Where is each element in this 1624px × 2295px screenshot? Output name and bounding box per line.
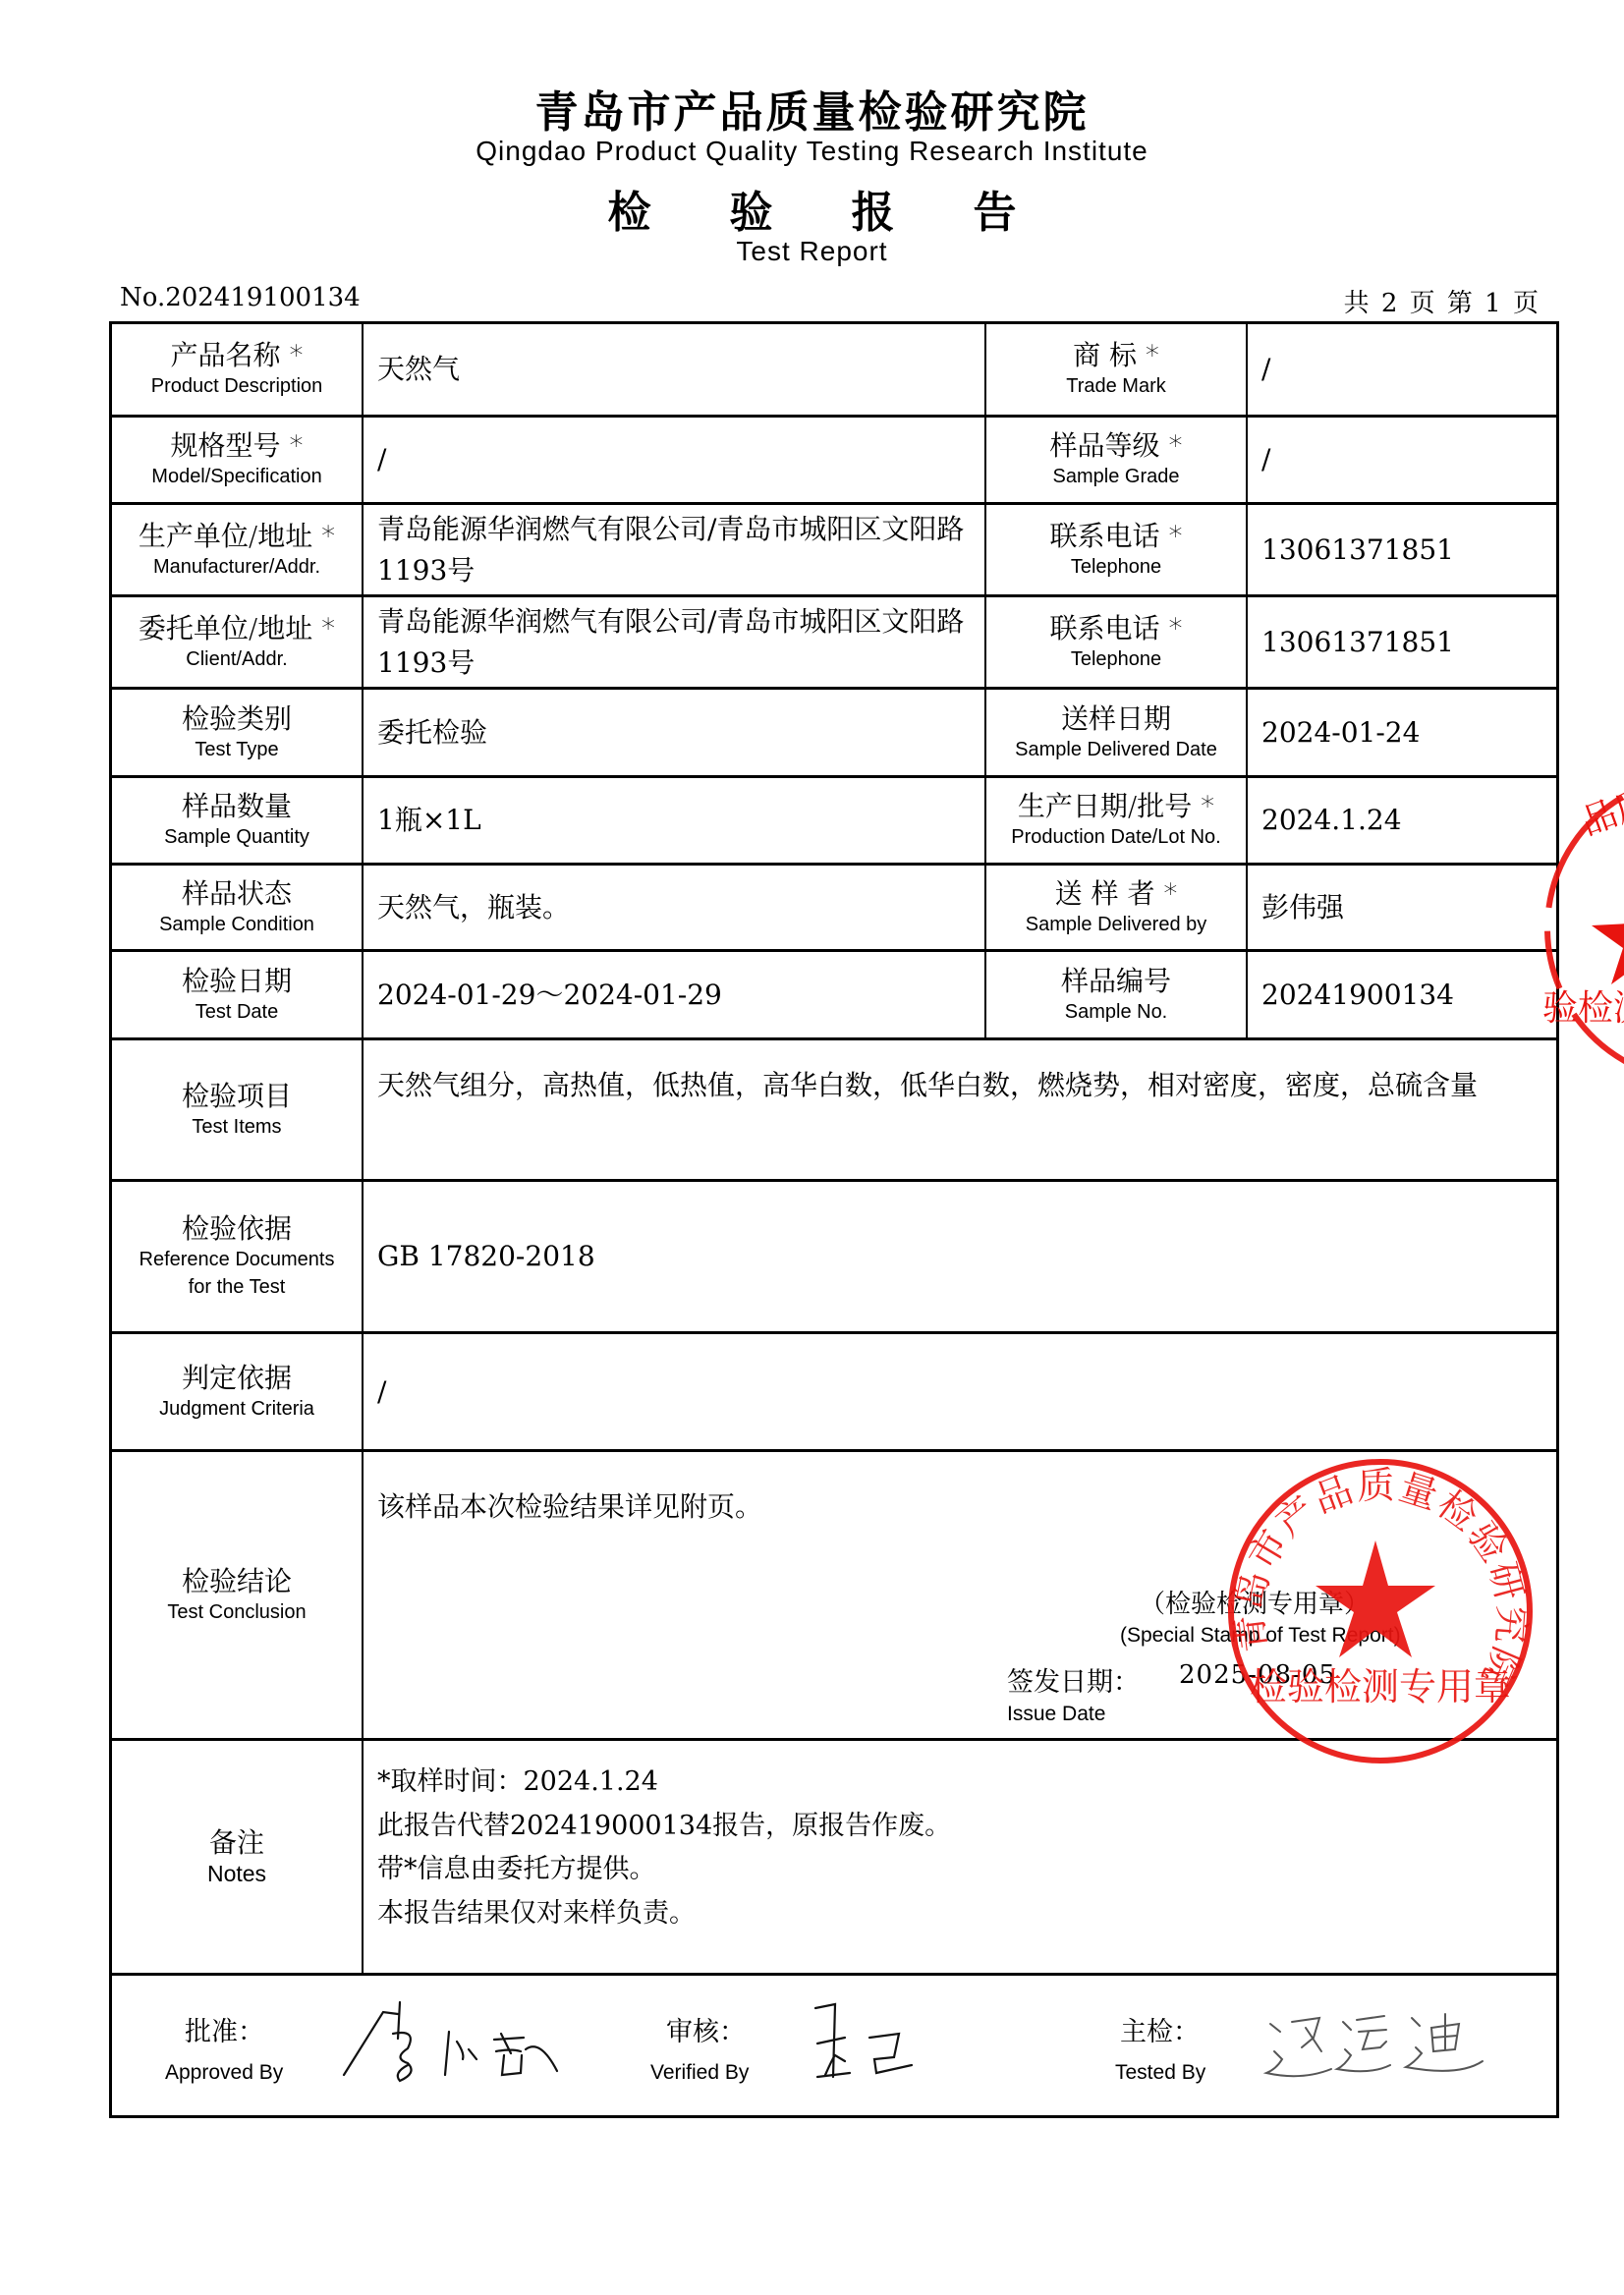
label-notes: 备注 Notes xyxy=(112,1741,362,1973)
label-production-date: 生产日期/批号 * Production Date/Lot No. xyxy=(986,778,1246,863)
label-en: Sample Quantity xyxy=(164,823,309,851)
value-client-tel: 13061371851 xyxy=(1248,597,1556,687)
stamp-note-en: (Special Stamp of Test Report) xyxy=(1120,1624,1401,1648)
label-en: Model/Specification xyxy=(151,463,321,490)
label-en: Reference Documents xyxy=(140,1246,335,1273)
label-judgment: 判定依据 Judgment Criteria xyxy=(112,1334,362,1449)
institute-name-en: Qingdao Product Quality Testing Research… xyxy=(0,136,1624,167)
label-conclusion: 检验结论 Test Conclusion xyxy=(112,1452,362,1738)
label-en: Product Description xyxy=(151,372,323,400)
label-product: 产品名称 * Product Description xyxy=(112,324,362,415)
star-icon xyxy=(1592,884,1624,984)
label-en: Telephone xyxy=(1071,645,1161,673)
value-delivered-by: 彭伟强 xyxy=(1248,866,1556,949)
label-en: Test Date xyxy=(196,998,278,1026)
label-cn: 样品数量 xyxy=(182,790,292,823)
label-en: Client/Addr. xyxy=(186,645,287,673)
notes-list: *取样时间：2024.1.24 此报告代替202419000134报告，原报告作… xyxy=(377,1761,951,1935)
label-en: Sample Delivered Date xyxy=(1015,736,1217,763)
label-cn: 判定依据 xyxy=(182,1362,292,1395)
label-sample-no: 样品编号 Sample No. xyxy=(986,952,1246,1037)
label-en: Sample Delivered by xyxy=(1026,911,1207,938)
issue-date-value: 2025-08-05 xyxy=(1179,1660,1336,1690)
report-title-char: 报 xyxy=(852,177,895,240)
label-en: Production Date/Lot No. xyxy=(1011,823,1220,851)
label-en: Sample No. xyxy=(1065,998,1168,1026)
issue-date-label-en: Issue Date xyxy=(1007,1703,1105,1726)
label-test-items: 检验项目 Test Items xyxy=(112,1040,362,1179)
label-cn: 检验依据 xyxy=(182,1212,292,1246)
verified-signature xyxy=(806,1996,933,2085)
label-cn: 检验结论 xyxy=(182,1565,292,1598)
label-cn: 样品编号 xyxy=(1061,965,1171,998)
value-reference: GB 17820-2018 xyxy=(364,1182,1556,1331)
label-cn: 联系电话 * xyxy=(1050,612,1183,645)
value-delivered-date: 2024-01-24 xyxy=(1248,690,1556,775)
label-cn: 备注 xyxy=(209,1826,264,1860)
value-test-type: 委托检验 xyxy=(364,690,984,775)
value-trade-mark: / xyxy=(1248,324,1556,415)
label-cn: 联系电话 * xyxy=(1050,520,1183,553)
value-conclusion: 该样品本次检验结果详见附页。 xyxy=(377,1485,762,1525)
report-title-en: Test Report xyxy=(0,236,1624,267)
label-cn: 生产单位/地址 * xyxy=(139,520,335,553)
institute-name-cn: 青岛市产品质量检验研究院 xyxy=(0,77,1624,140)
value-condition: 天然气，瓶装。 xyxy=(364,866,984,949)
report-title-char: 验 xyxy=(730,177,773,240)
label-client: 委托单位/地址 * Client/Addr. xyxy=(112,597,362,687)
label-cn: 送 样 者 * xyxy=(1055,877,1178,911)
label-cn: 送样日期 xyxy=(1061,702,1171,736)
verified-label-en: Verified By xyxy=(650,2061,749,2085)
svg-text:品质: 品质 xyxy=(1576,781,1624,843)
label-en: Manufacturer/Addr. xyxy=(153,553,320,581)
label-en: Judgment Criteria xyxy=(159,1395,314,1423)
value-product: 天然气 xyxy=(364,324,984,415)
label-en: Sample Grade xyxy=(1053,463,1180,490)
label-en: Notes xyxy=(207,1860,266,1887)
label-cn: 检验日期 xyxy=(182,965,292,998)
report-title-char: 检 xyxy=(608,177,651,240)
label-condition: 样品状态 Sample Condition xyxy=(112,866,362,949)
value-manufacturer: 青岛能源华润燃气有限公司/青岛市城阳区文阳路1193号 xyxy=(364,505,984,594)
value-quantity: 1瓶×1L xyxy=(364,778,984,863)
value-test-items: 天然气组分，高热值，低热值，高华白数，低华白数，燃烧势，相对密度，密度，总硫含量 xyxy=(364,1040,1556,1179)
label-en: Telephone xyxy=(1071,553,1161,581)
label-cn: 样品等级 * xyxy=(1050,429,1183,463)
label-reference: 检验依据 Reference Documents for the Test xyxy=(112,1182,362,1331)
approved-label-cn: 批准： xyxy=(185,2010,264,2048)
label-sample-grade: 样品等级 * Sample Grade xyxy=(986,418,1246,502)
label-en: for the Test xyxy=(189,1273,286,1301)
tested-label-en: Tested By xyxy=(1115,2061,1205,2085)
label-en: Sample Condition xyxy=(159,911,314,938)
report-number: No.202419100134 xyxy=(120,283,361,312)
label-cn: 样品状态 xyxy=(182,877,292,911)
label-manufacturer-tel: 联系电话 * Telephone xyxy=(986,505,1246,594)
label-cn: 检验类别 xyxy=(182,702,292,736)
verified-label-cn: 审核： xyxy=(666,2010,746,2048)
value-client: 青岛能源华润燃气有限公司/青岛市城阳区文阳路1193号 xyxy=(364,597,984,687)
note-line: 此报告代替202419000134报告，原报告作废。 xyxy=(377,1805,951,1849)
value-judgment: / xyxy=(364,1334,1556,1449)
label-en: Test Items xyxy=(192,1113,281,1141)
note-line: 带*信息由委托方提供。 xyxy=(377,1848,951,1892)
approved-signature xyxy=(339,1994,585,2088)
label-cn: 检验项目 xyxy=(182,1080,292,1113)
value-manufacturer-tel: 13061371851 xyxy=(1248,505,1556,594)
label-test-type: 检验类别 Test Type xyxy=(112,690,362,775)
label-en: Trade Mark xyxy=(1066,372,1166,400)
label-cn: 规格型号 * xyxy=(171,429,304,463)
label-model: 规格型号 * Model/Specification xyxy=(112,418,362,502)
label-delivered-by: 送 样 者 * Sample Delivered by xyxy=(986,866,1246,949)
value-sample-no: 20241900134 xyxy=(1248,952,1556,1037)
row-divider xyxy=(109,1973,1559,1976)
label-cn: 生产日期/批号 * xyxy=(1018,790,1214,823)
value-sample-grade: / xyxy=(1248,418,1556,502)
label-en: Test Type xyxy=(195,736,278,763)
report-title-char: 告 xyxy=(974,177,1017,240)
label-manufacturer: 生产单位/地址 * Manufacturer/Addr. xyxy=(112,505,362,594)
note-line: *取样时间：2024.1.24 xyxy=(377,1761,951,1805)
page-info: 共 2 页 第 1 页 xyxy=(1344,283,1540,319)
value-production-date: 2024.1.24 xyxy=(1248,778,1556,863)
value-test-date: 2024-01-29～2024-01-29 xyxy=(364,952,984,1037)
report-title-cn: 检验报告 xyxy=(0,177,1624,240)
tested-label-cn: 主检： xyxy=(1120,2010,1200,2048)
label-delivered-date: 送样日期 Sample Delivered Date xyxy=(986,690,1246,775)
approved-label-en: Approved By xyxy=(165,2061,283,2085)
tested-signature xyxy=(1262,2004,1508,2083)
label-trade-mark: 商 标 * Trade Mark xyxy=(986,324,1246,415)
label-quantity: 样品数量 Sample Quantity xyxy=(112,778,362,863)
label-test-date: 检验日期 Test Date xyxy=(112,952,362,1037)
label-cn: 委托单位/地址 * xyxy=(139,612,335,645)
value-model: / xyxy=(364,418,984,502)
note-line: 本报告结果仅对来样负责。 xyxy=(377,1892,951,1936)
label-cn: 商 标 * xyxy=(1073,339,1159,372)
issue-date-label-cn: 签发日期： xyxy=(1007,1660,1140,1699)
label-client-tel: 联系电话 * Telephone xyxy=(986,597,1246,687)
label-cn: 产品名称 * xyxy=(171,339,304,372)
label-en: Test Conclusion xyxy=(167,1598,306,1626)
stamp-note-cn: （检验检测专用章） xyxy=(1140,1584,1370,1620)
